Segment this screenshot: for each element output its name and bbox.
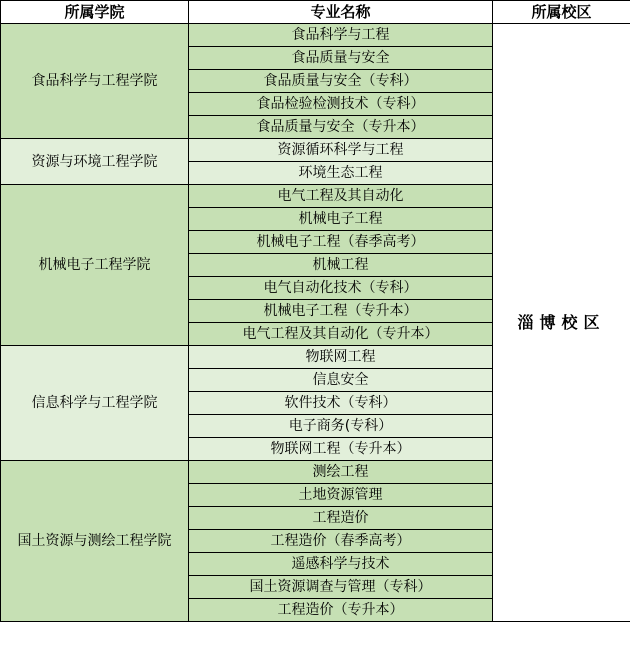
college-cell: 食品科学与工程学院 xyxy=(1,24,189,139)
campus-cell: 淄博校区 xyxy=(493,24,630,622)
major-cell: 物联网工程 xyxy=(189,346,493,369)
college-cell: 机械电子工程学院 xyxy=(1,185,189,346)
major-cell: 工程造价 xyxy=(189,507,493,530)
major-cell: 土地资源管理 xyxy=(189,484,493,507)
table-row: 食品科学与工程学院食品科学与工程淄博校区 xyxy=(1,24,630,47)
header-row: 所属学院 专业名称 所属校区 xyxy=(1,1,630,24)
major-cell: 食品质量与安全（专科） xyxy=(189,70,493,93)
major-cell: 国土资源调查与管理（专科） xyxy=(189,576,493,599)
major-cell: 电子商务(专科） xyxy=(189,415,493,438)
college-cell: 国土资源与测绘工程学院 xyxy=(1,461,189,622)
major-cell: 环境生态工程 xyxy=(189,162,493,185)
majors-table: 所属学院 专业名称 所属校区 食品科学与工程学院食品科学与工程淄博校区食品质量与… xyxy=(0,0,630,622)
header-major: 专业名称 xyxy=(189,1,493,24)
major-cell: 电气自动化技术（专科） xyxy=(189,277,493,300)
major-cell: 遥感科学与技术 xyxy=(189,553,493,576)
college-cell: 资源与环境工程学院 xyxy=(1,139,189,185)
major-cell: 机械电子工程（春季高考） xyxy=(189,231,493,254)
header-college: 所属学院 xyxy=(1,1,189,24)
table-body: 食品科学与工程学院食品科学与工程淄博校区食品质量与安全食品质量与安全（专科）食品… xyxy=(1,24,630,622)
major-cell: 食品质量与安全（专升本） xyxy=(189,116,493,139)
major-cell: 机械电子工程（专升本） xyxy=(189,300,493,323)
major-cell: 机械电子工程 xyxy=(189,208,493,231)
major-cell: 工程造价（专升本） xyxy=(189,599,493,622)
major-cell: 食品检验检测技术（专科） xyxy=(189,93,493,116)
major-cell: 工程造价（春季高考） xyxy=(189,530,493,553)
major-cell: 信息安全 xyxy=(189,369,493,392)
major-cell: 物联网工程（专升本） xyxy=(189,438,493,461)
major-cell: 资源循环科学与工程 xyxy=(189,139,493,162)
major-cell: 食品质量与安全 xyxy=(189,47,493,70)
header-campus: 所属校区 xyxy=(493,1,630,24)
major-cell: 食品科学与工程 xyxy=(189,24,493,47)
major-cell: 软件技术（专科） xyxy=(189,392,493,415)
college-cell: 信息科学与工程学院 xyxy=(1,346,189,461)
major-cell: 机械工程 xyxy=(189,254,493,277)
major-cell: 电气工程及其自动化 xyxy=(189,185,493,208)
major-cell: 测绘工程 xyxy=(189,461,493,484)
major-cell: 电气工程及其自动化（专升本） xyxy=(189,323,493,346)
